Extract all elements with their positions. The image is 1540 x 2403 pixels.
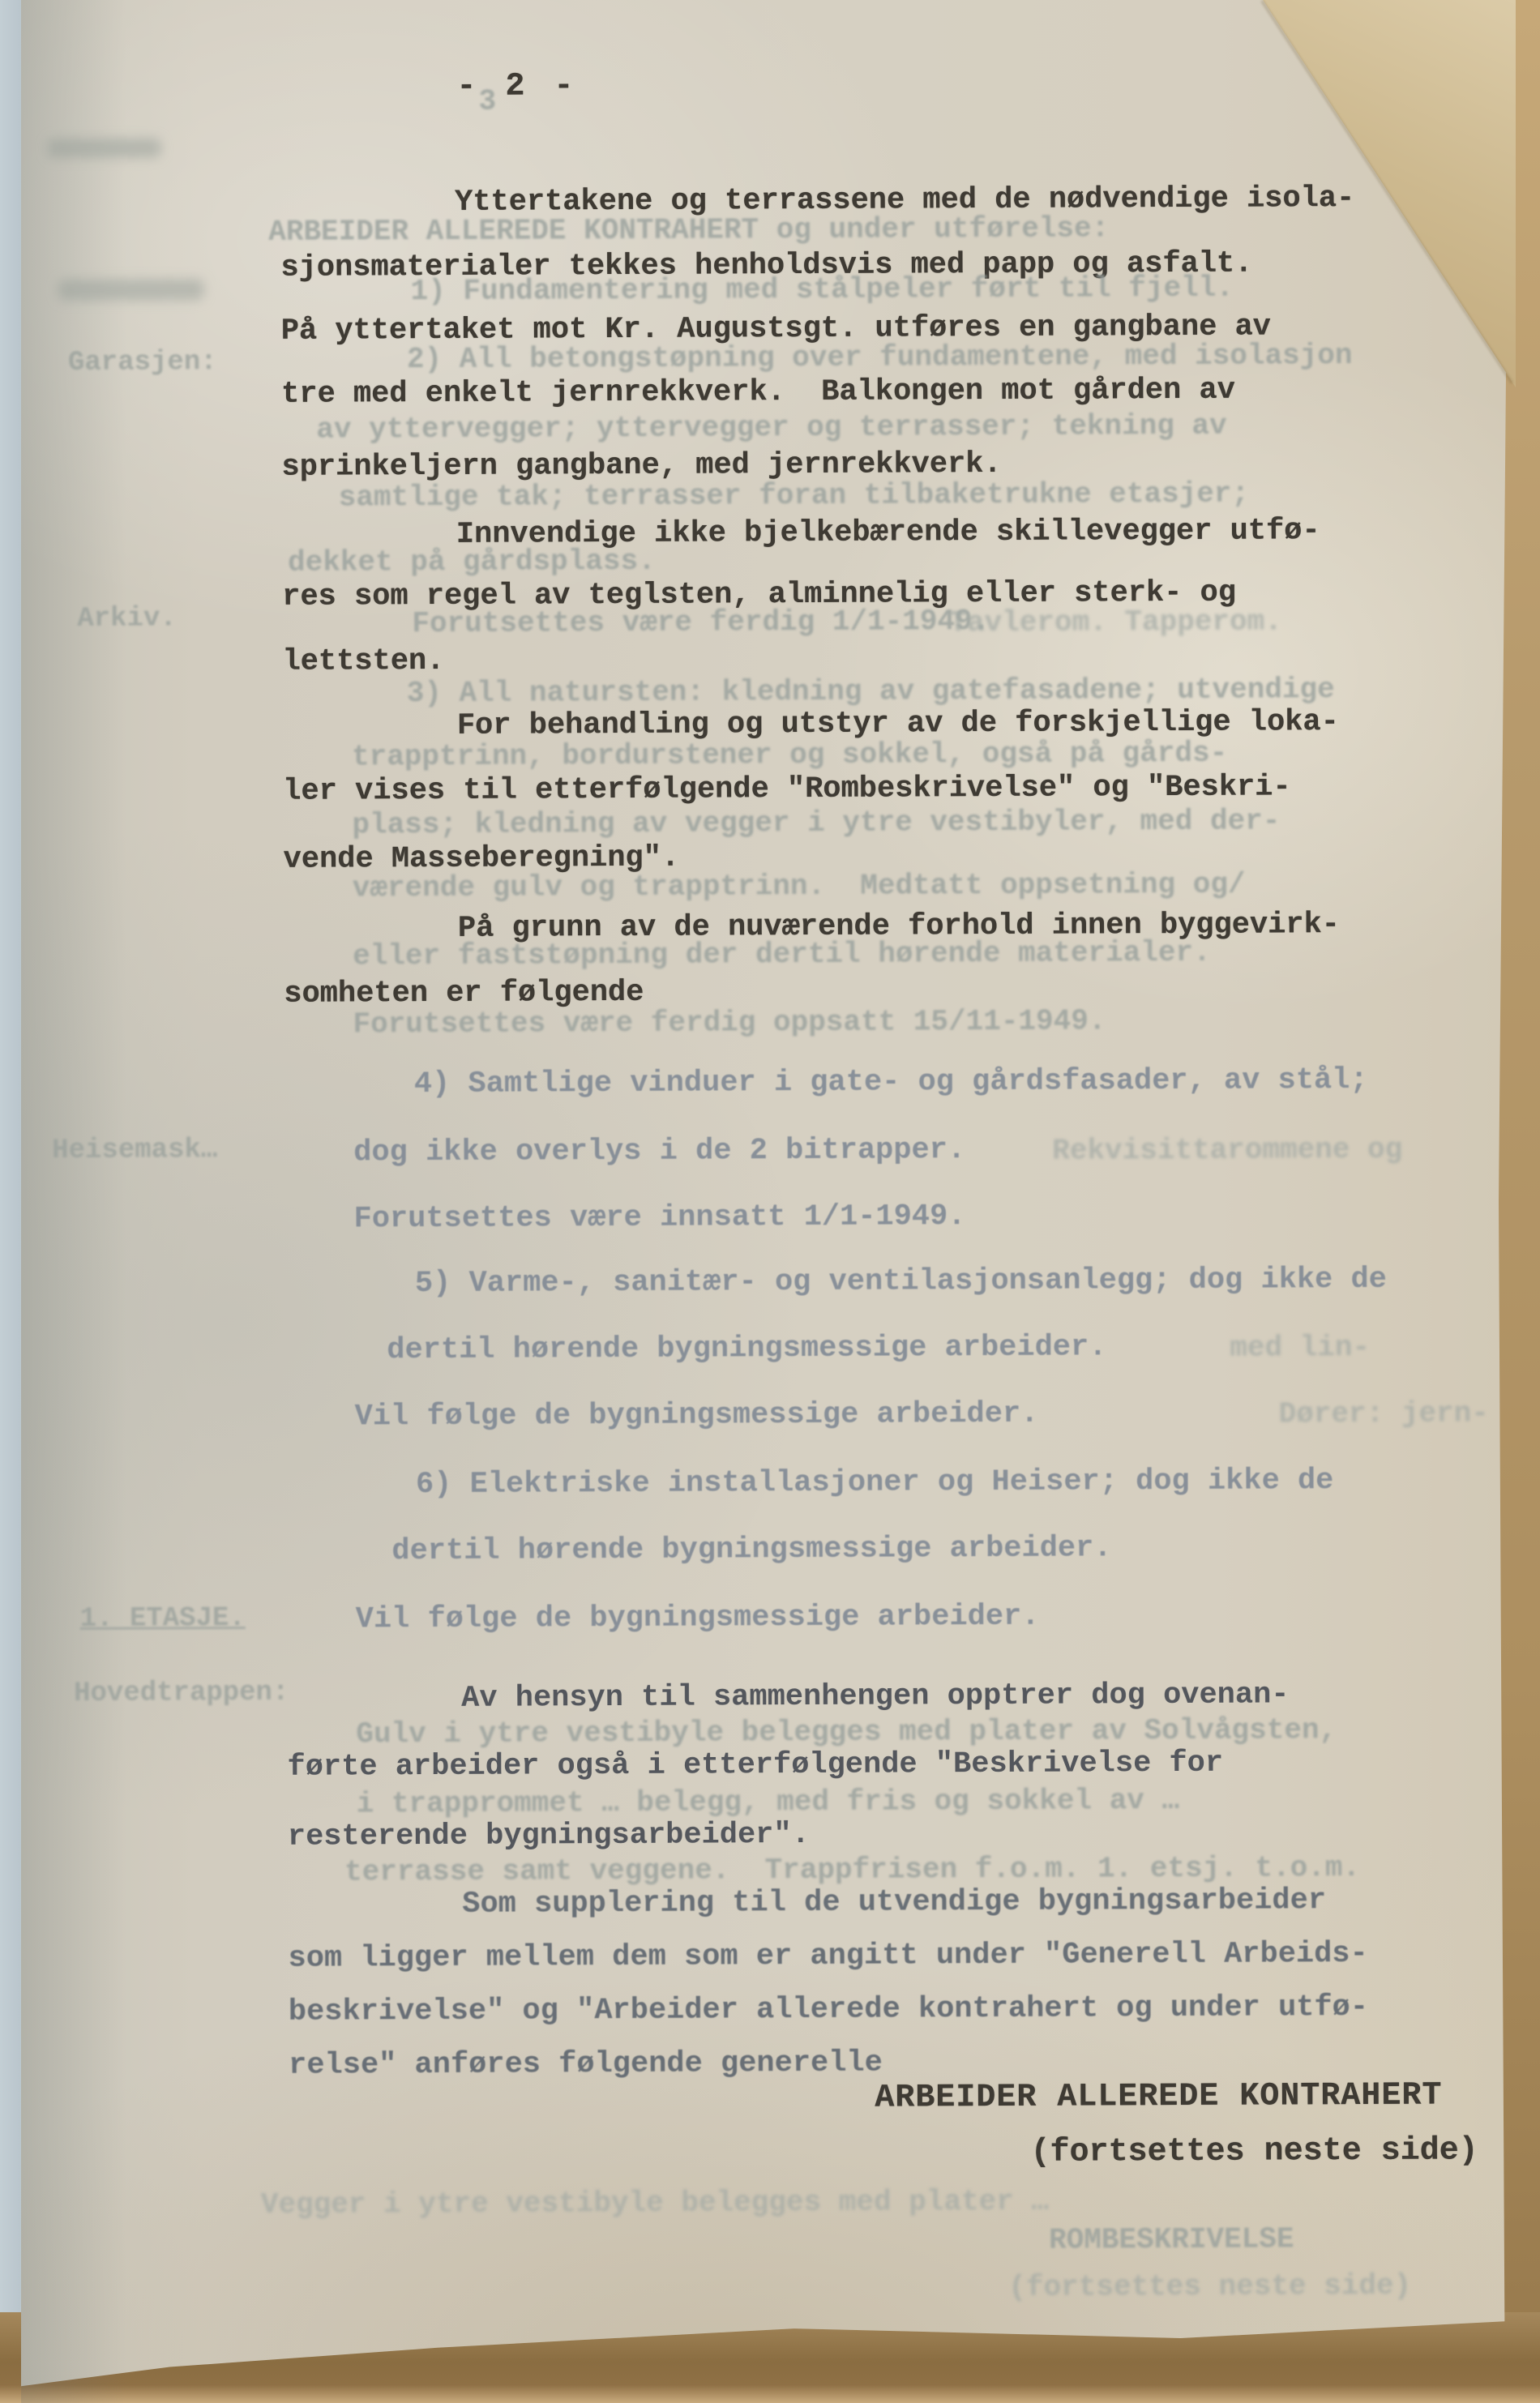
typed-line: relse" anføres følgende generelle bbox=[289, 2046, 883, 2083]
bleedthrough-line: 1) Fundamentering med stålpeler ført til… bbox=[410, 272, 1234, 308]
typed-line: resterende bygningsarbeider". bbox=[288, 1818, 810, 1854]
bleedthrough-line: plass; kledning av vegger i ytre vestiby… bbox=[352, 804, 1280, 841]
typed-line: Av hensyn til sammenhengen opptrer dog o… bbox=[461, 1678, 1290, 1715]
typed-line: beskrivelse" og "Arbeider allerede kontr… bbox=[289, 1990, 1368, 2029]
margin-note: Garasjen: bbox=[68, 347, 217, 378]
typewritten-text-layer: - 2 - 3 Yttertakene og terrassene med de… bbox=[0, 0, 1540, 2403]
bleedthrough-heading: ROMBESKRIVELSE bbox=[1049, 2222, 1294, 2256]
bleedthrough-line: Forutsettes være ferdig oppsatt 15/11-19… bbox=[353, 1004, 1106, 1041]
illegible-margin-smudge bbox=[58, 279, 204, 301]
typed-line: lettsten. bbox=[282, 644, 444, 679]
illegible-margin-smudge bbox=[48, 138, 161, 158]
faded-item-line: Vil følge de bygningsmessige arbeider. bbox=[356, 1600, 1040, 1637]
margin-note: Hovedtrappen: bbox=[74, 1678, 289, 1709]
bleedthrough-line: Vegger i ytre vestibyle belegges med pla… bbox=[261, 2185, 1049, 2221]
typed-line: Som supplering til de utvendige bygnings… bbox=[462, 1883, 1326, 1922]
continuation-note: (fortsettes neste side) bbox=[1031, 2132, 1478, 2170]
margin-note: Arkiv. bbox=[77, 603, 177, 635]
bleedthrough-line: av yttervegger; yttervegger og terrasser… bbox=[316, 409, 1227, 447]
faded-item-line: 5) Varme-, sanitær- og ventilasjonsanleg… bbox=[415, 1263, 1387, 1301]
bleedthrough-line: Gulv i ytre vestibyle belegges med plate… bbox=[356, 1713, 1337, 1751]
typed-line: førte arbeider også i etterfølgende "Bes… bbox=[287, 1747, 1223, 1785]
faded-item-line: 4) Samtlige vinduer i gate- og gårdsfasa… bbox=[414, 1063, 1368, 1101]
bleedthrough-line: 3) All natursten: kledning av gatefasade… bbox=[407, 673, 1335, 710]
faded-item-line: dertil hørende bygningsmessige arbeider. bbox=[391, 1531, 1111, 1568]
scanned-document-photo: - 2 - 3 Yttertakene og terrassene med de… bbox=[0, 0, 1540, 2403]
faded-item-line: Forutsettes være innsatt 1/1-1949. bbox=[353, 1199, 965, 1236]
bleedthrough-line: værende gulv og trapptrinn. Medtatt opps… bbox=[353, 868, 1246, 905]
bleedthrough-fragment: Tavlerom. Tapperom. bbox=[949, 605, 1282, 639]
bleedthrough-fragment: med lin- bbox=[1230, 1331, 1370, 1365]
bleedthrough-line: (fortsettes neste side) bbox=[1008, 2269, 1411, 2304]
faded-item-line: Vil følge de bygningsmessige arbeider. bbox=[355, 1397, 1039, 1435]
bleedthrough-line: terrasse samt veggene. Trappfrisen f.o.m… bbox=[344, 1851, 1360, 1888]
faded-item-line: dog ikke overlys i de 2 bitrapper. bbox=[353, 1133, 965, 1169]
bleedthrough-fragment: Rekvisittarommene og bbox=[1052, 1133, 1402, 1168]
faded-item-line: 6) Elektriske installasjoner og Heiser; … bbox=[416, 1464, 1334, 1502]
bleedthrough-line: dekket på gårdsplass. bbox=[288, 545, 656, 579]
bleedthrough-line: 2) All betongstøpning over fundamentene,… bbox=[407, 339, 1353, 376]
bleedthrough-line: Forutsettes være ferdig 1/1-1949. bbox=[412, 605, 990, 640]
margin-note: 1. ETASJE. bbox=[80, 1603, 246, 1635]
section-heading: ARBEIDER ALLEREDE KONTRAHERT bbox=[875, 2078, 1442, 2117]
bleedthrough-line: i trapprommet … belegg, med fris og sokk… bbox=[357, 1784, 1180, 1820]
bleedthrough-line: eller faststøpning der dertil hørende ma… bbox=[353, 936, 1211, 973]
bleedthrough-line: samtlige tak; terrasser foran tilbaketru… bbox=[339, 477, 1250, 515]
page-number: - 2 - bbox=[456, 68, 578, 105]
margin-note: Heisemask… bbox=[52, 1135, 217, 1166]
faded-item-line: dertil hørende bygningsmessige arbeider. bbox=[387, 1330, 1106, 1367]
bleedthrough-fragment: Dører: jern- bbox=[1279, 1396, 1489, 1430]
bleedthrough-line: ARBEIDER ALLEREDE KONTRAHERT og under ut… bbox=[268, 212, 1109, 249]
typed-line: ler vises til etterfølgende "Rombeskrive… bbox=[283, 770, 1291, 808]
page-number-overstrike: 3 bbox=[478, 85, 496, 118]
bleedthrough-line: trapptrinn, bordurstener og sokkel, også… bbox=[352, 737, 1227, 774]
typed-line: tre med enkelt jernrekkverk. Balkongen m… bbox=[281, 374, 1235, 412]
typed-line: som ligger mellem dem som er angitt unde… bbox=[288, 1937, 1367, 1976]
